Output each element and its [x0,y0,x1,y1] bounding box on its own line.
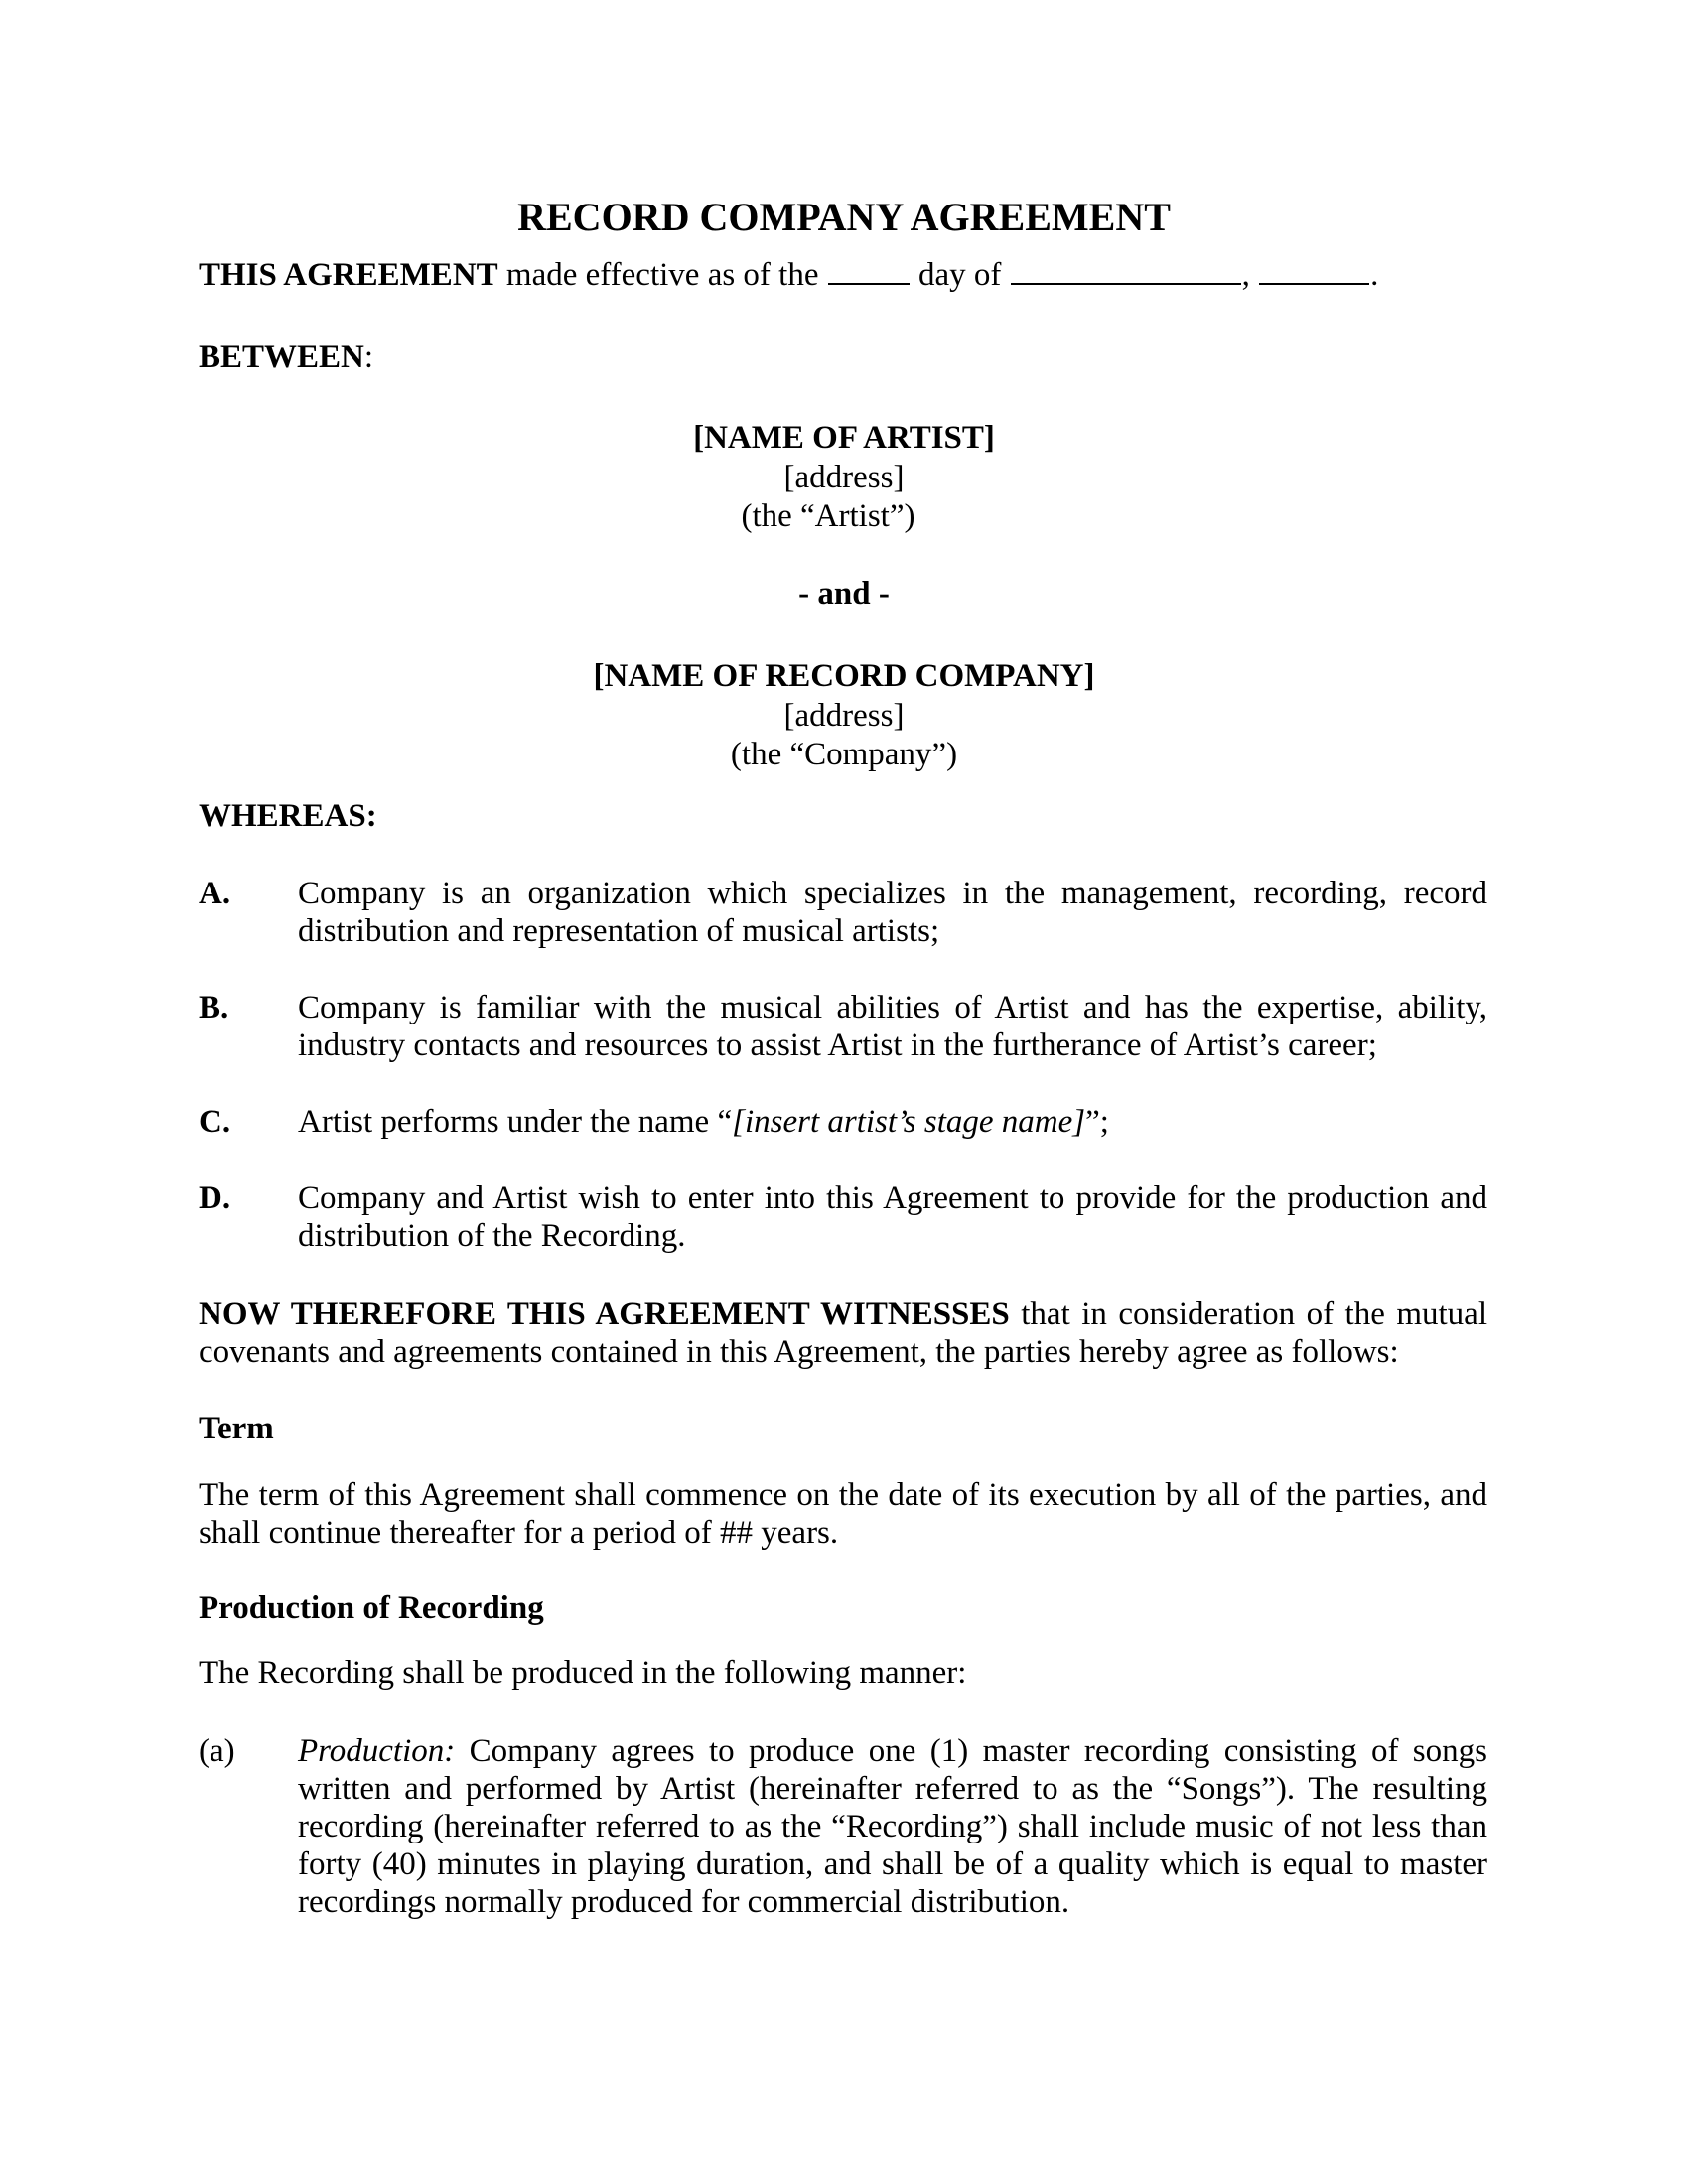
section-body-production: The Recording shall be produced in the f… [199,1654,1487,1692]
artist-defined-as: (the “Artist”) [0,497,1688,537]
company-name: [NAME OF RECORD COMPANY] [0,657,1688,697]
month-blank-field[interactable] [1011,255,1241,285]
company-defined-as: (the “Company”) [0,736,1688,775]
recital-label: B. [199,989,228,1026]
party-company-block: [NAME OF RECORD COMPANY] [address] (the … [0,657,1688,775]
recital-text: Company is an organization which special… [298,875,1487,950]
recital-text: Artist performs under the name “[insert … [298,1103,1487,1141]
recital-c-text-after: ”; [1085,1104,1109,1140]
item-text: Production: Company agrees to produce on… [298,1732,1487,1921]
item-body: Company agrees to produce one (1) master… [298,1733,1487,1920]
between-colon: : [364,340,373,375]
section-body-term: The term of this Agreement shall commenc… [199,1476,1487,1552]
document-title: RECORD COMPANY AGREEMENT [0,195,1688,240]
whereas-label: WHEREAS: [199,797,1487,835]
section-heading-term: Term [199,1410,1487,1447]
intro-period: . [1370,257,1378,293]
stage-name-placeholder: [insert artist’s stage name] [732,1104,1085,1140]
year-blank-field[interactable] [1259,255,1369,285]
intro-paragraph: THIS AGREEMENT made effective as of the … [199,255,1487,294]
party-artist-block: [NAME OF ARTIST] [address] (the “Artist”… [0,419,1688,537]
document-page: RECORD COMPANY AGREEMENT THIS AGREEMENT … [0,0,1688,2184]
recital-label: A. [199,875,230,912]
recital-text: Company and Artist wish to enter into th… [298,1179,1487,1255]
intro-text: made effective as of the [498,257,827,293]
company-address: [address] [0,697,1688,737]
between-text: BETWEEN [199,340,364,375]
between-label: BETWEEN: [199,339,1487,376]
intro-lead: THIS AGREEMENT [199,257,498,293]
artist-address: [address] [0,459,1688,498]
witnesses-paragraph: NOW THEREFORE THIS AGREEMENT WITNESSES t… [199,1296,1487,1371]
recital-c-text-before: Artist performs under the name “ [298,1104,732,1140]
and-separator: - and - [0,575,1688,613]
witnesses-lead: NOW THEREFORE THIS AGREEMENT WITNESSES [199,1297,1010,1332]
artist-name: [NAME OF ARTIST] [0,419,1688,459]
section-heading-production: Production of Recording [199,1589,1487,1627]
item-label: (a) [199,1732,235,1770]
intro-day-of: day of [911,257,1010,293]
recital-text: Company is familiar with the musical abi… [298,989,1487,1064]
item-lead: Production: [298,1733,455,1769]
recital-label: D. [199,1179,230,1217]
recital-label: C. [199,1103,230,1141]
day-blank-field[interactable] [828,255,910,285]
intro-comma: , [1242,257,1259,293]
